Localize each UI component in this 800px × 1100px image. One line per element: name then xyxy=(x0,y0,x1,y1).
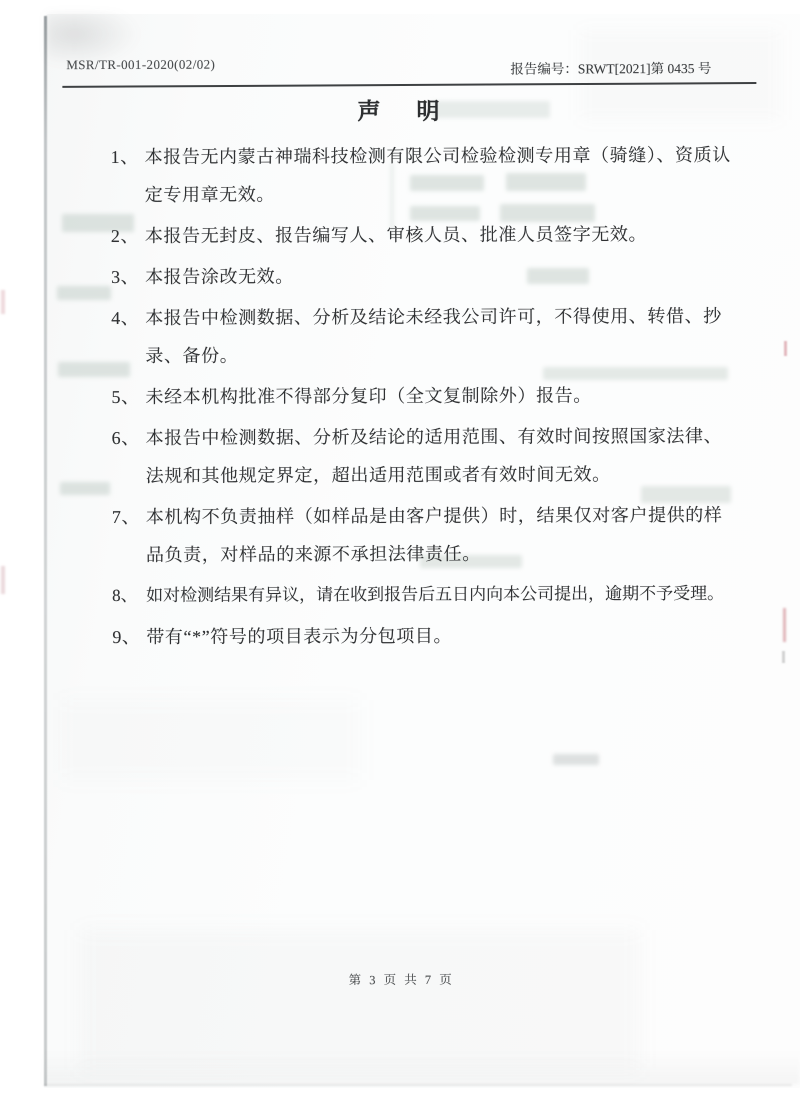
header-divider xyxy=(62,82,756,88)
item-number: 2、 xyxy=(111,217,139,255)
declaration-item: 1、本报告无内蒙古神瑞科技检测有限公司检验检测专用章（骑缝）、资质认定专用章无效… xyxy=(111,136,733,214)
item-number: 1、 xyxy=(111,138,139,176)
item-text: 本报告中检测数据、分析及结论的适用范围、有效时间按照国家法律、法规和其他规定界定… xyxy=(146,426,723,486)
item-text: 未经本机构批准不得部分复印（全文复制除外）报告。 xyxy=(145,385,591,407)
declaration-item: 6、本报告中检测数据、分析及结论的适用范围、有效时间按照国家法律、法规和其他规定… xyxy=(112,417,734,495)
document-page: MSR/TR-001-2020(02/02) 报告编号：SRWT[2021]第 … xyxy=(0,0,800,1100)
document-code: MSR/TR-001-2020(02/02) xyxy=(66,57,215,74)
item-text: 本机构不负责抽样（如样品是由客户提供）时，结果仅对客户提供的样品负责，对样品的来… xyxy=(146,505,723,565)
item-number: 5、 xyxy=(111,378,139,416)
item-text: 如对检测结果有异议，请在收到报告后五日内向本公司提出，逾期不予受理。 xyxy=(146,584,724,605)
page-title: 声明 xyxy=(357,93,475,126)
item-text: 带有“*”符号的项目表示为分包项目。 xyxy=(146,626,452,647)
declaration-item: 4、本报告中检测数据、分析及结论未经我公司许可，不得使用、转借、抄录、备份。 xyxy=(111,297,733,375)
report-number-label: 报告编号： xyxy=(510,61,578,76)
item-text: 本报告无封皮、报告编写人、审核人员、批准人员签字无效。 xyxy=(145,224,647,246)
declaration-item: 7、本机构不负责抽样（如样品是由客户提供）时，结果仅对客户提供的样品负责，对样品… xyxy=(112,496,734,574)
declaration-item: 5、未经本机构批准不得部分复印（全文复制除外）报告。 xyxy=(111,376,733,416)
declaration-item: 3、本报告涂改无效。 xyxy=(111,256,733,296)
item-number: 8、 xyxy=(112,577,138,615)
item-text: 本报告中检测数据、分析及结论未经我公司许可，不得使用、转借、抄录、备份。 xyxy=(145,306,722,366)
declaration-item: 9、带有“*”符号的项目表示为分包项目。 xyxy=(112,616,734,656)
item-number: 7、 xyxy=(112,498,140,536)
item-number: 3、 xyxy=(111,258,139,296)
declaration-item: 8、如对检测结果有异议，请在收到报告后五日内向本公司提出，逾期不予受理。 xyxy=(112,575,734,615)
item-number: 6、 xyxy=(112,419,140,457)
page-number: 第 3 页 共 7 页 xyxy=(1,969,800,990)
report-number-value: SRWT[2021]第 0435 号 xyxy=(578,61,712,76)
declaration-item: 2、本报告无封皮、报告编写人、审核人员、批准人员签字无效。 xyxy=(111,215,733,255)
item-number: 4、 xyxy=(111,299,139,337)
item-text: 本报告无内蒙古神瑞科技检测有限公司检验检测专用章（骑缝）、资质认定专用章无效。 xyxy=(145,145,731,205)
report-number: 报告编号：SRWT[2021]第 0435 号 xyxy=(510,57,711,78)
item-number: 9、 xyxy=(112,618,140,656)
declaration-list: 1、本报告无内蒙古神瑞科技检测有限公司检验检测专用章（骑缝）、资质认定专用章无效… xyxy=(111,136,735,659)
item-text: 本报告涂改无效。 xyxy=(145,266,294,287)
page-title-row: 声明 xyxy=(0,92,799,128)
